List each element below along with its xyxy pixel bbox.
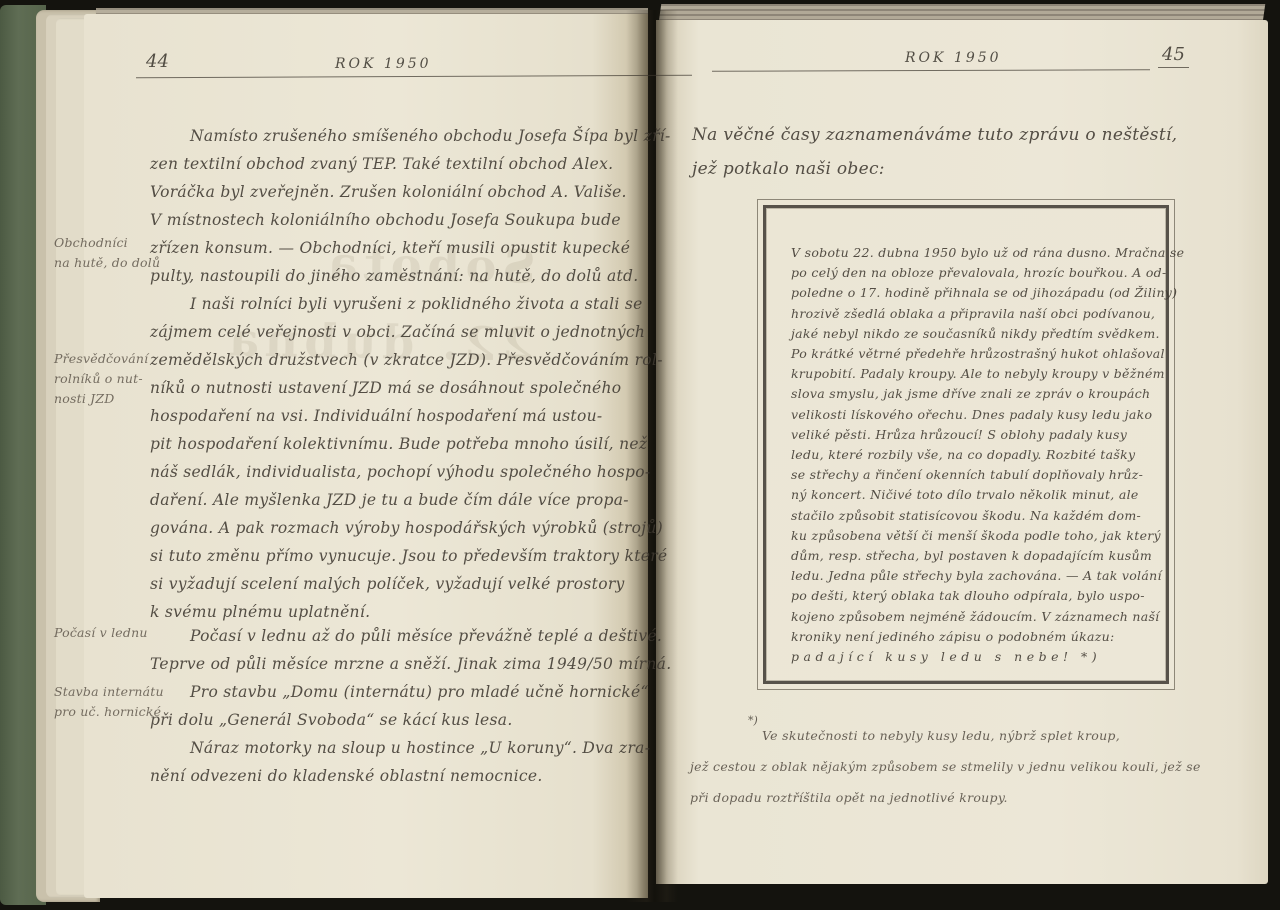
text-line: Stavba internátu	[54, 682, 154, 702]
header-title-right: ROK 1950	[905, 50, 1002, 66]
text-line: zemědělských družstvech (v zkratce JZD).…	[150, 346, 670, 374]
text-line: zřízen konsum. — Obchodníci, kteří musil…	[150, 234, 670, 262]
text-line: dům, resp. střecha, byl postaven k dopad…	[791, 546, 1157, 566]
text-line: Přesvědčování	[54, 349, 154, 369]
text-line: nosti JZD	[54, 389, 154, 409]
text-line: velikosti lískového ořechu. Dnes padaly …	[791, 405, 1157, 425]
text-line: ledu, které rozbily vše, na co dopadly. …	[791, 445, 1157, 465]
text-line: po celý den na obloze převalovala, hrozí…	[791, 263, 1157, 283]
text-line: hospodaření na vsi. Individuální hospoda…	[150, 402, 670, 430]
text-line: Počasí v lednu až do půli měsíce převážn…	[150, 622, 670, 650]
text-line: náš sedlák, individualista, pochopí výho…	[150, 458, 670, 486]
report-lines: V sobotu 22. dubna 1950 bylo už od rána …	[791, 243, 1157, 647]
text-line: Náraz motorky na sloup u hostince „U kor…	[150, 734, 670, 762]
text-line: V sobotu 22. dubna 1950 bylo už od rána …	[791, 243, 1157, 263]
text-line: rolníků o nut-	[54, 369, 154, 389]
text-line: Namísto zrušeného smíšeného obchodu Jose…	[150, 122, 670, 150]
text-line: si vyžadují scelení malých políček, vyža…	[150, 570, 670, 598]
text-line: kroniky není jediného zápisu o podobném …	[791, 627, 1157, 647]
text-line: ku způsobena větší či menší škoda podle …	[791, 526, 1157, 546]
text-line: V místnostech koloniálního obchodu Josef…	[150, 206, 670, 234]
text-line: hrozivě zšedlá oblaka a připravila naší …	[791, 304, 1157, 324]
text-line: daření. Ale myšlenka JZD je tu a bude čí…	[150, 486, 670, 514]
text-line: Voráčka byl zveřejněn. Zrušen koloniální…	[150, 178, 670, 206]
text-line: si tuto změnu přímo vynucuje. Jsou to př…	[150, 542, 670, 570]
text-line: jež potkalo naši obec:	[692, 152, 1237, 186]
hailstorm-report-text: V sobotu 22. dubna 1950 bylo už od rána …	[791, 243, 1157, 667]
text-line: Obchodníci	[54, 233, 154, 253]
text-line: pulty, nastoupili do jiného zaměstnání: …	[150, 262, 670, 290]
text-line: jaké nebyl nikdo ze současníků nikdy pře…	[791, 324, 1157, 344]
paragraph-accident: Náraz motorky na sloup u hostince „U kor…	[150, 734, 670, 790]
footnote-text: Ve skutečnosti to nebyly kusy ledu, nýbr…	[690, 720, 1235, 813]
paragraph-weather: Počasí v lednu až do půli měsíce převážn…	[150, 622, 670, 678]
text-line: Počasí v lednu	[54, 623, 154, 643]
text-line: se střechy a řinčení okenních tabulí dop…	[791, 465, 1157, 485]
margin-note: Přesvědčovánírolníků o nut-nosti JZD	[54, 349, 154, 409]
text-line: I naši rolníci byli vyrušeni z poklidnéh…	[150, 290, 670, 318]
paragraph-internat: Pro stavbu „Domu (internátu) pro mladé u…	[150, 678, 670, 734]
text-line: krupobití. Padaly kroupy. Ale to nebyly …	[791, 364, 1157, 384]
chronicle-book-scan: Sobota22. dubna 44 ROK 1950 Obchodnícina…	[0, 0, 1280, 910]
text-line: na hutě, do dolů	[54, 253, 154, 273]
text-line: pit hospodaření kolektivnímu. Bude potře…	[150, 430, 670, 458]
text-line: poledne o 17. hodině přihnala se od jiho…	[791, 283, 1157, 303]
text-line: nění odvezeni do kladenské oblastní nemo…	[150, 762, 670, 790]
text-line: slova smyslu, jak jsme dříve znali ze zp…	[791, 384, 1157, 404]
text-line: zen textilní obchod zvaný TEP. Také text…	[150, 150, 670, 178]
text-line: gována. A pak rozmach výroby hospodářský…	[150, 514, 670, 542]
text-line: zájmem celé veřejnosti v obci. Začíná se…	[150, 318, 670, 346]
text-line: Ve skutečnosti to nebyly kusy ledu, nýbr…	[690, 720, 1235, 751]
text-line: Na věčné časy zaznamenáváme tuto zprávu …	[692, 118, 1237, 152]
margin-note: Stavba internátupro uč. hornické	[54, 682, 154, 722]
text-line: níků o nutnosti ustavení JZD má se dosáh…	[150, 374, 670, 402]
text-line: kojeno způsobem nejméně žádoucím. V zázn…	[791, 607, 1157, 627]
text-line: po dešti, který oblaka tak dlouho odpíra…	[791, 586, 1157, 606]
intro-text: Na věčné časy zaznamenáváme tuto zprávu …	[692, 118, 1237, 186]
text-line: Teprve od půli měsíce mrzne a sněží. Jin…	[150, 650, 670, 678]
text-line: stačilo způsobit statisícovou škodu. Na …	[791, 506, 1157, 526]
text-line: jež cestou z oblak nějakým způsobem se s…	[690, 751, 1235, 782]
text-line: při dolu „Generál Svoboda“ se kácí kus l…	[150, 706, 670, 734]
paragraph-shops: Namísto zrušeného smíšeného obchodu Jose…	[150, 122, 670, 290]
text-line: ný koncert. Ničivé toto dílo trvalo něko…	[791, 485, 1157, 505]
page-number-right: 45	[1158, 44, 1189, 68]
paragraph-jzd: I naši rolníci byli vyrušeni z poklidnéh…	[150, 290, 670, 626]
text-line: veliké pěsti. Hrůza hrůzoucí! S oblohy p…	[791, 425, 1157, 445]
text-line: Po krátké větrné předehře hrůzostrašný h…	[791, 344, 1157, 364]
report-emphasis-line: padající kusy ledu s nebe! *)	[791, 647, 1157, 667]
text-line: Pro stavbu „Domu (internátu) pro mladé u…	[150, 678, 670, 706]
text-line: při dopadu roztříštila opět na jednotliv…	[690, 782, 1235, 813]
margin-note: Obchodnícina hutě, do dolů	[54, 233, 154, 273]
page-number-left: 44	[146, 51, 169, 72]
text-line: pro uč. hornické	[54, 702, 154, 722]
text-line: ledu. Jedna půle střechy byla zachována.…	[791, 566, 1157, 586]
margin-note: Počasí v lednu	[54, 623, 154, 643]
header-title-left: ROK 1950	[335, 56, 432, 72]
